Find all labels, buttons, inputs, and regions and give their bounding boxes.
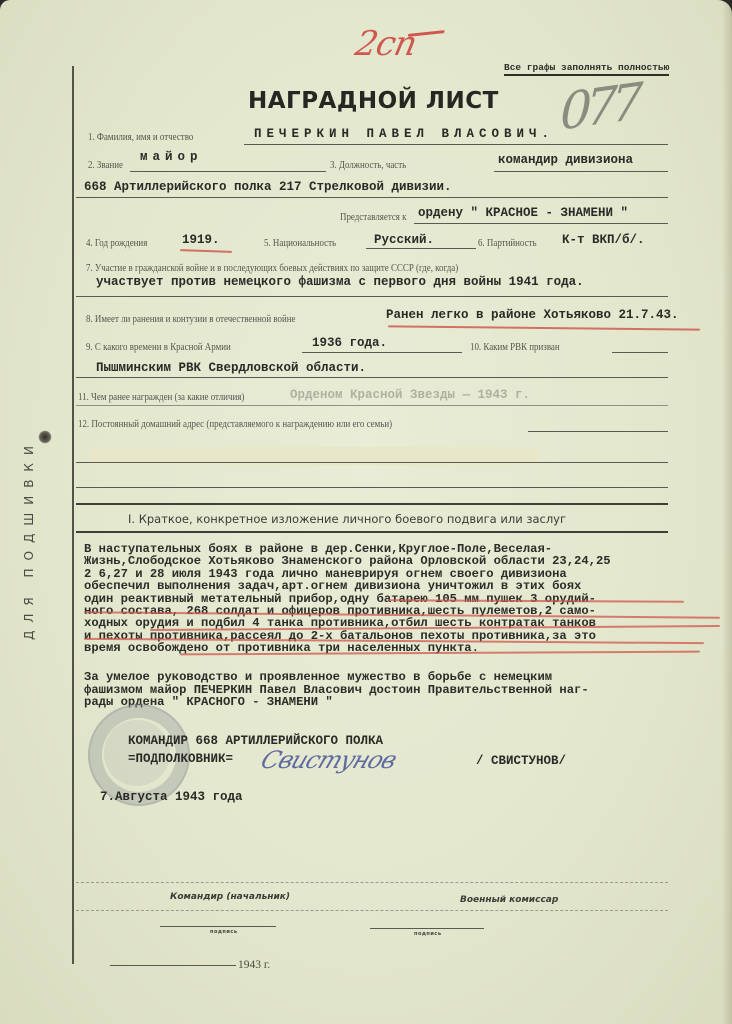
date-line [110,965,236,966]
field-10-rule [612,352,668,353]
award-conclusion: За умелое руководство и проявленное муже… [84,671,694,709]
field-10-value: Пышминским РВК Свердловской области. [96,361,366,375]
binding-margin-line [72,66,74,964]
handwritten-signature: Свистунов [257,746,400,774]
field-9-label: 9. С какого времени в Красной Армии [86,342,231,353]
pencil-registry-number: 077 [559,72,638,142]
field-2-label: 2. Звание [88,160,123,171]
punch-hole [38,430,52,444]
red-underline-birth-year [180,249,232,253]
document-title: НАГРАДНОЙ ЛИСТ [248,88,499,114]
conclusion-line: рады ордена " КРАСНОГО - ЗНАМЕНИ " [84,696,694,709]
address-rule-2 [76,487,668,488]
presented-rule [414,223,668,224]
field-6-label: 6. Партийность [478,238,537,249]
field-8-label: 8. Имеет ли ранения и контузии в отечест… [86,314,296,325]
field-12-label: 12. Постоянный домашний адрес (представл… [78,419,392,430]
field-1-label: 1. Фамилия, имя и отчество [88,132,193,143]
field-4-label: 4. Год рождения [86,238,147,249]
paper-edge-shadow [722,0,732,1024]
presented-award: ордену " КРАСНОЕ - ЗНАМЕНИ " [418,206,628,220]
field-2-rule [130,171,326,172]
field-7-value: участвует против немецкого фашизма с пер… [96,275,584,289]
section-divider-top [76,503,668,505]
commissar-signature-line [370,928,484,929]
field-11-label: 11. Чем ранее награжден (за какие отличи… [78,392,244,403]
field-8-value: Ранен легко в районе Хотьяково 21.7.43. [386,308,679,322]
field-10-label: 10. Каким РВК призван [470,342,560,353]
binding-label: ДЛЯ ПОДШИВКИ [22,438,36,640]
signer-rank: =ПОДПОЛКОВНИК= [128,752,233,766]
fill-instruction: Все графы заполнять полностью [504,62,669,76]
field-9-value: 1936 года. [312,336,387,350]
presented-label: Представляется к [340,212,406,223]
faded-rule [76,882,668,883]
footer-year: 1943 г. [238,959,270,971]
field-4-value: 1919. [182,233,220,247]
commissar-caption: Военный комиссар [460,895,558,905]
red-underline-wound [388,325,700,330]
commissar-signature-hint: подпись [414,931,442,937]
field-2-value: майор [140,150,203,164]
conclusion-line: За умелое руководство и проявленное муже… [84,671,694,684]
address-rule-1 [76,462,668,463]
commander-signature-line [160,926,276,927]
signer-name: / СВИСТУНОВ/ [476,754,566,768]
field-3-rule [494,171,668,172]
award-sheet-page: ДЛЯ ПОДШИВКИ 2сп Все графы заполнять пол… [0,0,732,1024]
field-3-value-continued: 668 Артиллерийского полка 217 Стрелковой… [84,180,452,194]
field-1-value: ПЕЧЕРКИН ПАВЕЛ ВЛАСОВИЧ. [254,127,554,141]
field-7-rule [76,296,668,297]
field-9-rule [302,352,462,353]
field-12-rule [528,431,668,432]
field-7-label: 7. Участие в гражданской войне и в после… [86,263,458,274]
field-11-rule [76,405,668,406]
commander-signature-hint: подпись [210,929,238,935]
field-3-value: командир дивизиона [498,153,633,167]
section-divider-bottom [76,531,668,533]
narrative-line: Жизнь,Слободское Хотьяково Знаменского р… [84,555,694,567]
field-11-value-faded: Орденом Красной Звезды — 1943 г. [290,388,530,402]
field-3-rule-2 [76,197,668,198]
field-6-value: К-т ВКП/б/. [562,233,645,247]
commander-caption: Командир (начальник) [170,892,290,902]
field-5-value: Русский. [374,233,434,247]
field-10-rule-2 [76,377,668,378]
red-pencil-note: 2сп [352,24,420,64]
signature-date: 7.Августа 1943 года [100,790,243,804]
narrative-line: обеспечил выполнения задач,арт.огнем див… [84,580,694,592]
field-5-rule [366,248,476,249]
faded-rule [76,910,668,911]
field-5-label: 5. Национальность [264,238,336,249]
section-1-heading: I. Краткое, конкретное изложение личного… [128,512,566,526]
field-1-rule [244,144,668,145]
field-3-label: 3. Должность, часть [330,160,406,171]
